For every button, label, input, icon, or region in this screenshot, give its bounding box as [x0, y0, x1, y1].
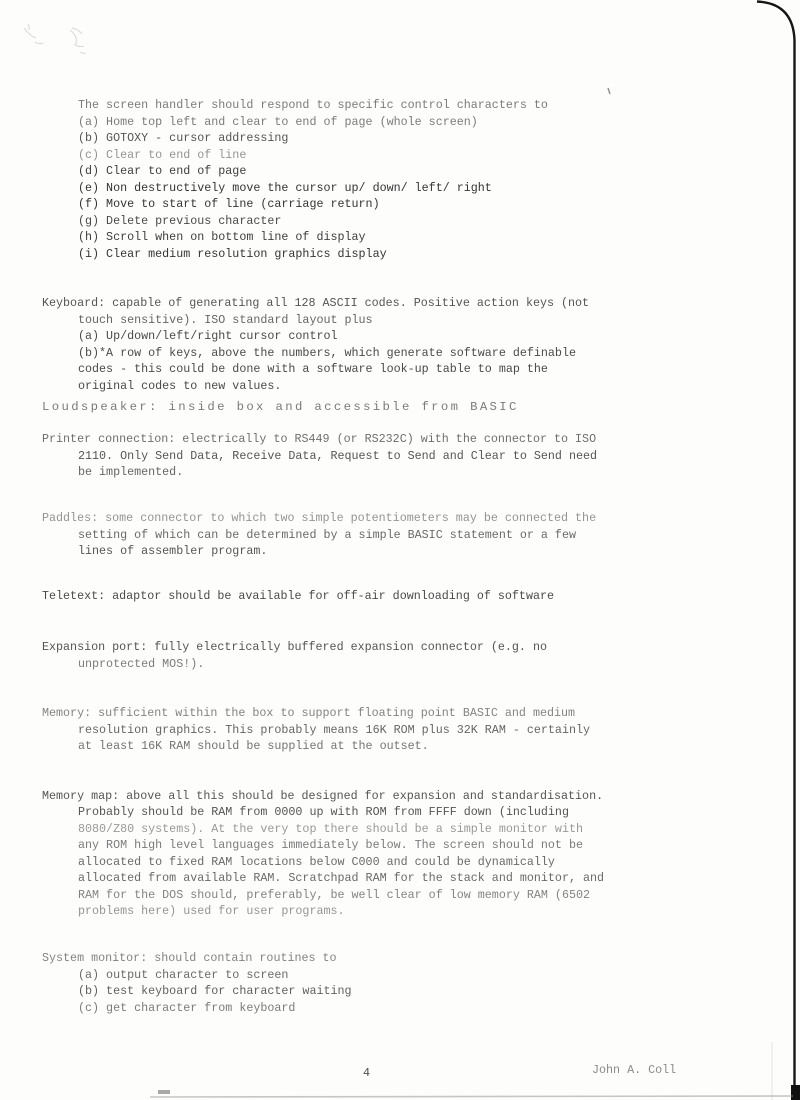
- text-line-printer-connection-1: 2110. Only Send Data, Receive Data, Requ…: [78, 448, 597, 465]
- text-line-memory-map-7: problems here) used for user programs.: [78, 903, 345, 920]
- page-number: 4: [363, 1066, 370, 1080]
- text-line-screen-handler-4: (d) Clear to end of page: [78, 163, 246, 180]
- text-line-screen-handler-7: (g) Delete previous character: [78, 213, 281, 230]
- text-line-memory-map-4: allocated to fixed RAM locations below C…: [78, 854, 555, 871]
- text-line-teletext-0: Teletext: adaptor should be available fo…: [42, 588, 554, 605]
- text-line-memory-map-5: allocated from available RAM. Scratchpad…: [78, 870, 604, 887]
- text-line-keyboard-1: touch sensitive). ISO standard layout pl…: [78, 312, 373, 329]
- text-line-memory-1: resolution graphics. This probably means…: [78, 722, 590, 739]
- text-line-keyboard-3: (b)*A row of keys, above the numbers, wh…: [78, 345, 576, 362]
- text-line-keyboard-5: original codes to new values.: [78, 378, 281, 395]
- text-line-screen-handler-9: (i) Clear medium resolution graphics dis…: [78, 246, 387, 263]
- text-line-loudspeaker-0: Loudspeaker: inside box and accessible f…: [42, 399, 519, 416]
- text-line-expansion-port-0: Expansion port: fully electrically buffe…: [42, 639, 547, 656]
- text-line-memory-map-1: Probably should be RAM from 0000 up with…: [78, 804, 569, 821]
- text-line-memory-map-0: Memory map: above all this should be des…: [42, 788, 603, 805]
- text-line-paddles-1: setting of which can be determined by a …: [78, 527, 576, 544]
- text-line-keyboard-0: Keyboard: capable of generating all 128 …: [42, 295, 589, 312]
- text-line-keyboard-4: codes - this could be done with a softwa…: [78, 361, 548, 378]
- text-line-system-monitor-0: System monitor: should contain routines …: [42, 950, 337, 967]
- text-line-system-monitor-2: (b) test keyboard for character waiting: [78, 983, 352, 1000]
- text-line-screen-handler-0: The screen handler should respond to spe…: [78, 97, 548, 114]
- text-line-memory-map-3: any ROM high level languages immediately…: [78, 837, 583, 854]
- text-line-screen-handler-1: (a) Home top left and clear to end of pa…: [78, 114, 478, 131]
- text-line-memory-map-6: RAM for the DOS should, preferably, be w…: [78, 887, 590, 904]
- author-name: John A. Coll: [592, 1063, 676, 1077]
- text-line-memory-0: Memory: sufficient within the box to sup…: [42, 705, 575, 722]
- text-line-screen-handler-6: (f) Move to start of line (carriage retu…: [78, 196, 380, 213]
- text-line-screen-handler-2: (b) GOTOXY - cursor addressing: [78, 130, 288, 147]
- text-line-system-monitor-1: (a) output character to screen: [78, 967, 288, 984]
- text-line-screen-handler-5: (e) Non destructively move the cursor up…: [78, 180, 492, 197]
- text-line-paddles-0: Paddles: some connector to which two sim…: [42, 510, 596, 527]
- text-line-printer-connection-2: be implemented.: [78, 464, 183, 481]
- typewritten-text-layer: The screen handler should respond to spe…: [0, 0, 800, 1100]
- text-line-screen-handler-3: (c) Clear to end of line: [78, 147, 246, 164]
- text-line-memory-map-2: 8080/Z80 systems). At the very top there…: [78, 821, 583, 838]
- text-line-printer-connection-0: Printer connection: electrically to RS44…: [42, 431, 596, 448]
- text-line-paddles-2: lines of assembler program.: [78, 543, 267, 560]
- text-line-keyboard-2: (a) Up/down/left/right cursor control: [78, 328, 338, 345]
- text-line-screen-handler-8: (h) Scroll when on bottom line of displa…: [78, 229, 366, 246]
- text-line-expansion-port-1: unprotected MOS!).: [78, 656, 204, 673]
- scanned-document-page: The screen handler should respond to spe…: [0, 0, 800, 1100]
- text-line-system-monitor-3: (c) get character from keyboard: [78, 1000, 295, 1017]
- text-line-memory-2: at least 16K RAM should be supplied at t…: [78, 738, 429, 755]
